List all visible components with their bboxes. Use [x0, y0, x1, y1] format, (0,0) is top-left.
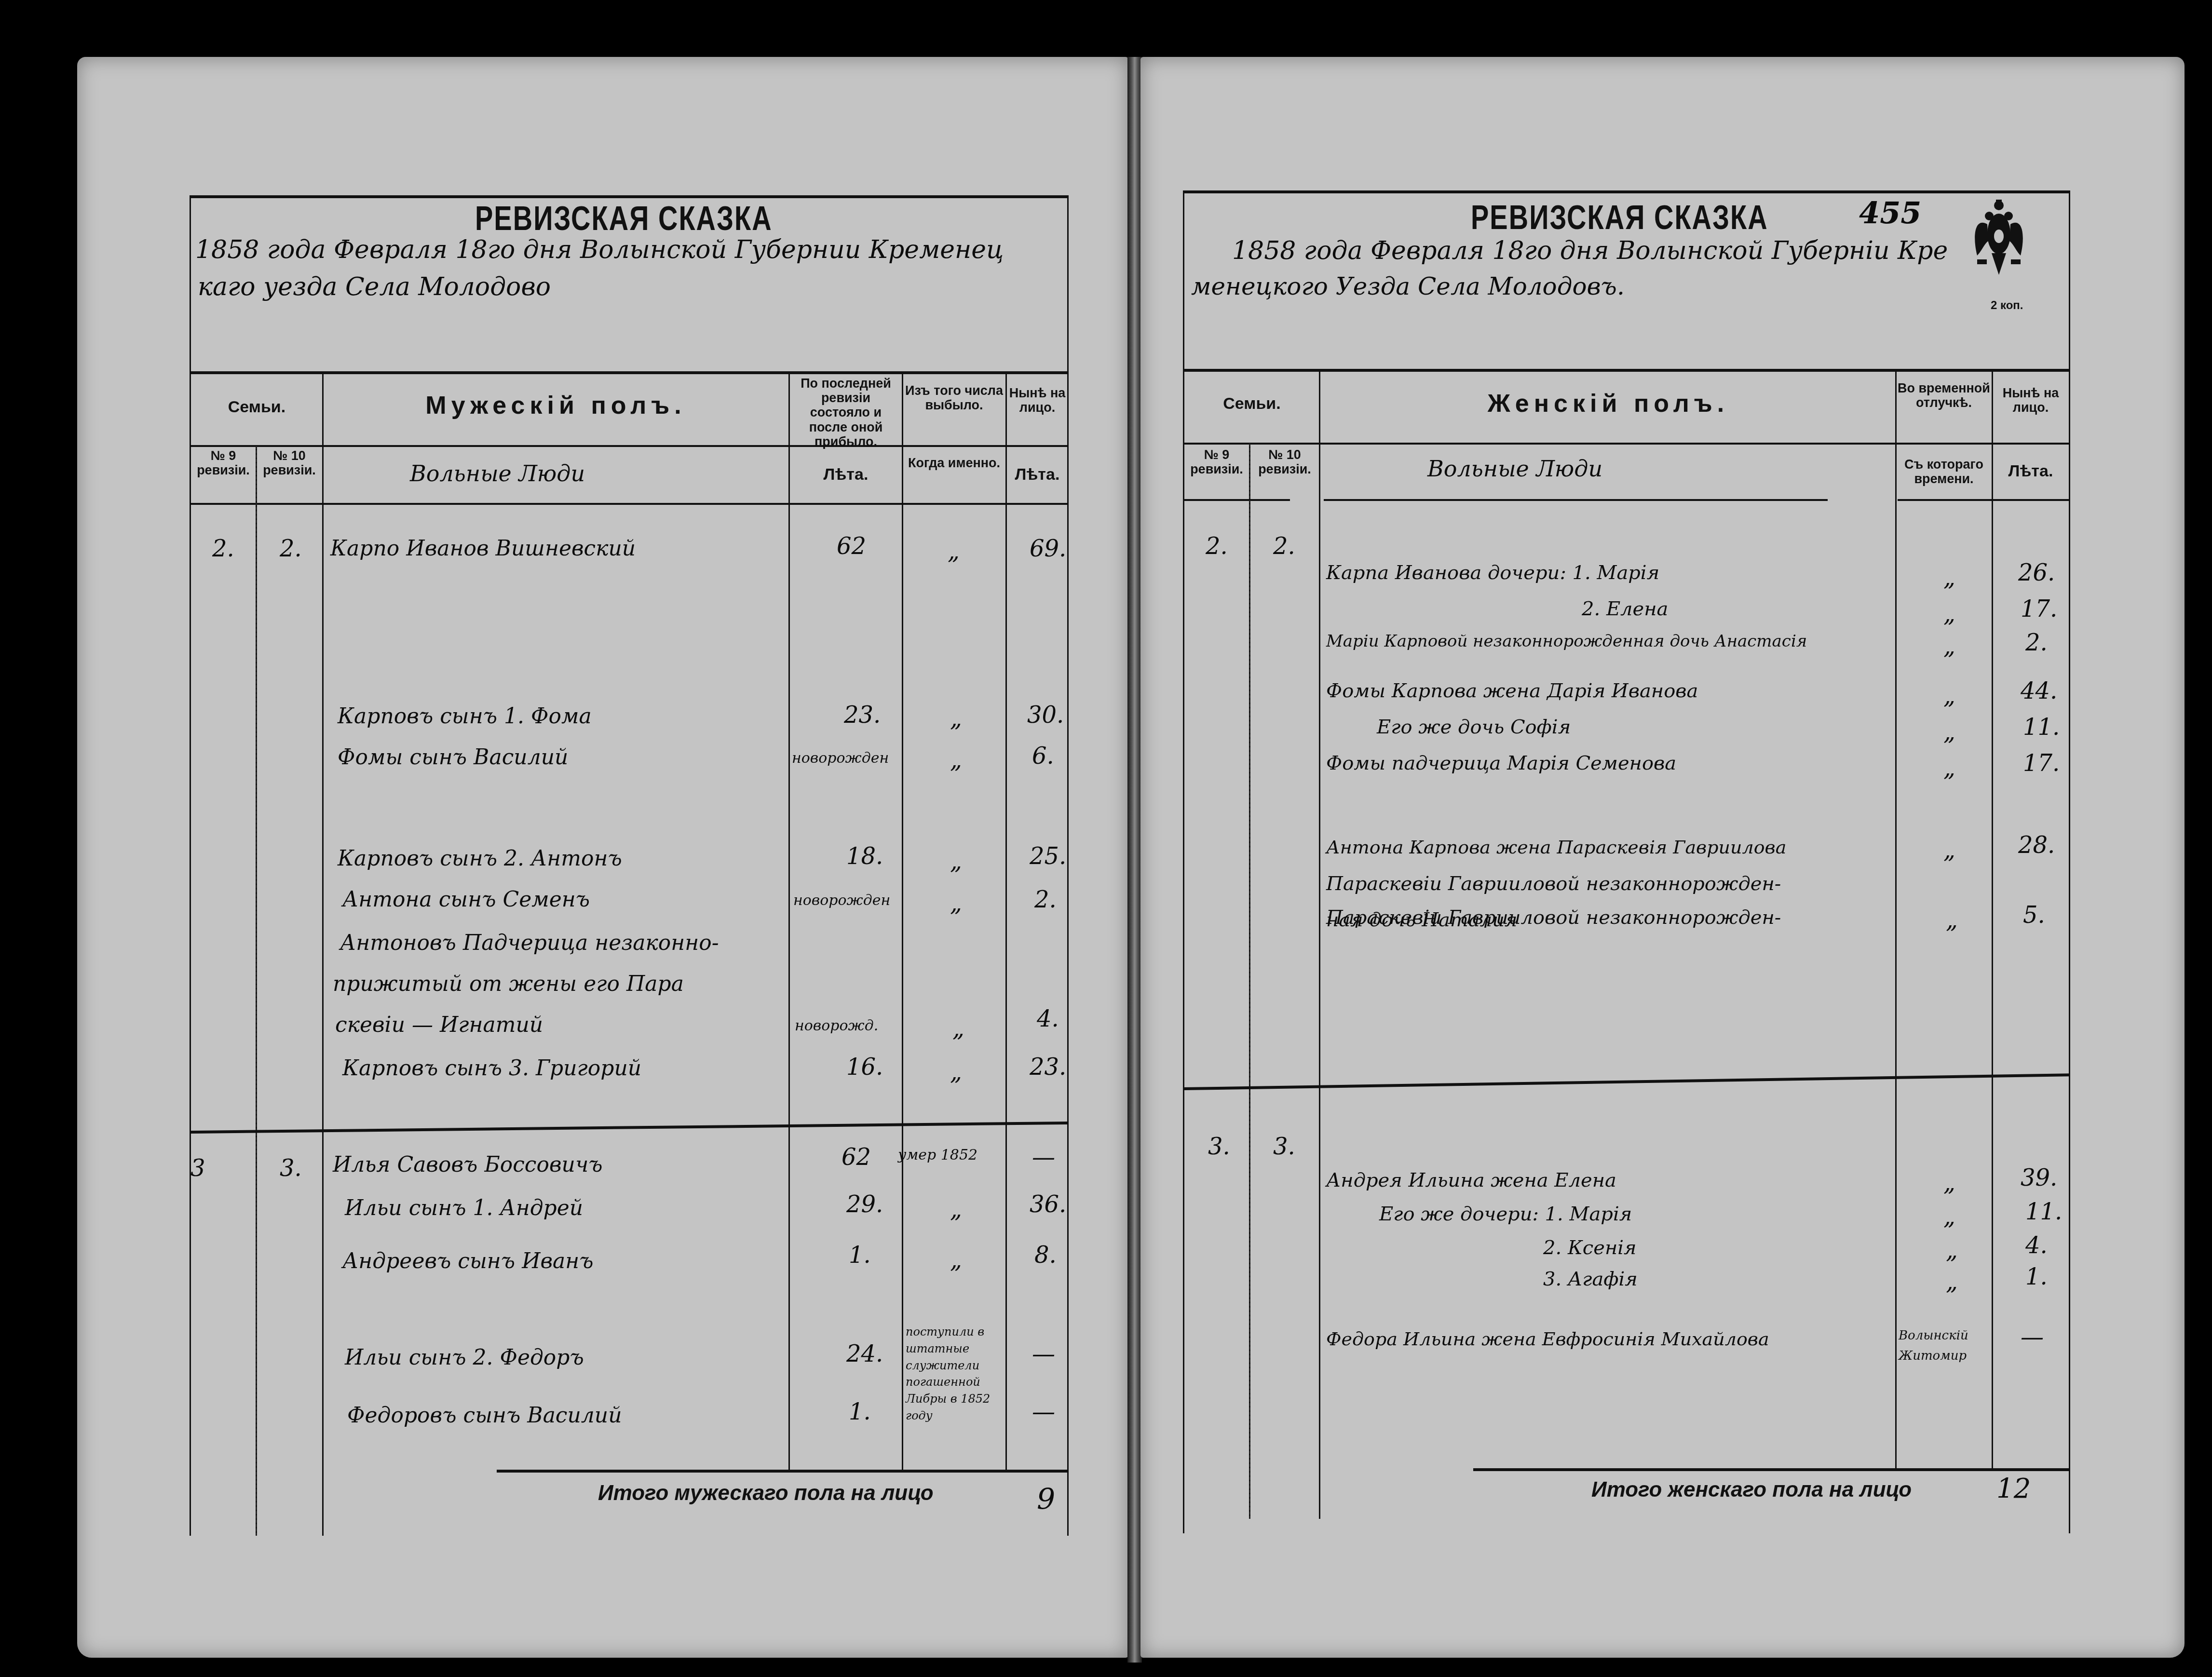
present-cell: 2.: [1034, 886, 1057, 913]
col-divider: [322, 371, 324, 1536]
col-rev10: № 10 ревизіи.: [258, 448, 321, 477]
name-cell: Маріи Карповой незаконнорожденная дочь А…: [1326, 632, 1807, 651]
col-divider: [1895, 369, 1897, 1468]
age-cell: новорожден: [793, 892, 890, 909]
departed-cell: поступили в штатные служители погашенной…: [906, 1324, 1002, 1424]
age-cell: 24.: [846, 1340, 883, 1367]
name-cell: Карпа Иванова дочери: 1. Марія: [1326, 562, 1659, 584]
age-cell: 18.: [846, 843, 883, 870]
top-rule: [190, 195, 1068, 198]
name-cell: Карповъ сынъ 1. Фома: [338, 704, 592, 729]
absence-cell: „: [1943, 1203, 1955, 1230]
rev9-cell: 2.: [1206, 533, 1228, 560]
absence-cell: „: [1943, 600, 1955, 627]
name-cell: 2. Елена: [1582, 598, 1668, 620]
rev9-cell: 3.: [1208, 1133, 1230, 1160]
name-cell: Федоровъ сынъ Василий: [347, 1403, 622, 1428]
age-cell: 62: [841, 1144, 871, 1171]
name-cell: Андреевъ сынъ Иванъ: [342, 1249, 594, 1273]
departed-cell: „: [948, 538, 960, 565]
present-cell: 30.: [1027, 702, 1064, 729]
age-cell: новорожден: [792, 750, 889, 767]
col-divider: [1992, 369, 1993, 1468]
absence-cell: „: [1943, 1169, 1955, 1196]
present-cell: —: [1032, 1398, 1055, 1425]
name-cell: Федора Ильина жена Евфросинія Михайлова: [1326, 1328, 1769, 1350]
age-cell: 23.: [844, 702, 881, 729]
present-cell: 44.: [2021, 677, 2057, 704]
departed-cell: „: [950, 848, 962, 875]
total-value: 12: [1996, 1473, 2031, 1504]
name-cell: прижитый от жены его Пара: [333, 972, 684, 996]
absence-cell: „: [1943, 682, 1955, 709]
totals-rule: [497, 1470, 1068, 1473]
total-value: 9: [1037, 1483, 1055, 1516]
present-cell: 4.: [1037, 1005, 1059, 1032]
imperial-eagle-icon: [1970, 198, 2028, 289]
name-cell: Параскевіи Гаврииловой незаконнорожден-: [1326, 873, 1781, 895]
stamp-value: 2 коп.: [1991, 299, 2023, 312]
col-divider: [1005, 371, 1007, 1471]
present-cell: 1.: [2025, 1263, 2048, 1290]
left-border: [1183, 190, 1184, 1533]
departed-cell: „: [950, 1196, 962, 1223]
col-rev9: № 9 ревизіи.: [1185, 447, 1248, 476]
totals-rule: [1473, 1468, 2069, 1471]
subheader-bottom-rule: [1184, 499, 1290, 501]
name-cell: Карпо Иванов Вишневский: [330, 536, 636, 561]
col-years: Лѣта.: [1994, 462, 2067, 480]
subheader-bottom-rule: [1324, 499, 1828, 501]
col-divider: [256, 446, 257, 1536]
name-cell: Карповъ сынъ 2. Антонъ: [338, 846, 622, 871]
document-title: РЕВИЗСКАЯ СКАЗКА: [475, 199, 773, 238]
age-cell: 1.: [849, 1398, 871, 1425]
col-years-present: Лѣта.: [1008, 465, 1067, 484]
right-border: [2069, 190, 2070, 1533]
col-years: Лѣта.: [791, 465, 901, 484]
col-divider: [902, 371, 903, 1471]
present-cell: 39.: [2021, 1164, 2057, 1191]
departed-cell: „: [950, 1246, 962, 1273]
col-temp-absence: Во временной отлучкѣ.: [1898, 381, 1990, 410]
departed-cell: „: [950, 1058, 962, 1085]
rev10-cell: 2.: [280, 535, 302, 562]
right-border: [1067, 195, 1069, 1536]
header-line-1: 1858 года Февраля 18го дня Волынской Губ…: [195, 235, 1004, 264]
header-line-1: 1858 года Февраля 18го дня Волынской Губ…: [1232, 236, 1948, 265]
col-departed: Изъ того числа выбыло.: [905, 383, 1004, 412]
present-cell: 23.: [1030, 1054, 1066, 1081]
name-cell: Антона Карпова жена Параскевія Гавриилов…: [1326, 837, 1786, 858]
absence-cell: „: [1943, 755, 1955, 782]
age-cell: 1.: [849, 1242, 871, 1269]
rev9-cell: 3: [190, 1155, 205, 1182]
absence-cell: Волынскій Житомир: [1899, 1326, 1990, 1366]
absence-cell: „: [1946, 1237, 1958, 1264]
name-cell: Его же дочери: 1. Марія: [1379, 1203, 1632, 1225]
rev10-cell: 3.: [1273, 1133, 1295, 1160]
present-cell: 17.: [2023, 750, 2060, 777]
age-cell: новорожд.: [795, 1017, 878, 1034]
subheader-bottom-rule: [1898, 499, 2069, 501]
departed-cell: „: [950, 705, 962, 732]
name-cell: Карповъ сынъ 3. Григорий: [342, 1056, 641, 1081]
col-divider: [788, 371, 790, 1471]
present-cell: —: [2021, 1324, 2044, 1351]
header-line-2: менецкого Уезда Села Молодовъ.: [1191, 272, 1625, 300]
col-when: Когда именно.: [905, 456, 1004, 470]
category-label: Вольные Люди: [410, 460, 585, 487]
col-female-sex: Женскій полъ.: [1324, 390, 1893, 418]
category-label: Вольные Люди: [1427, 456, 1602, 482]
age-cell: 29.: [846, 1191, 883, 1218]
header-rule: [1184, 369, 2070, 372]
header-line-2: каго уезда Села Молодово: [198, 272, 551, 301]
present-cell: 6.: [1032, 743, 1054, 770]
col-divider: [1319, 369, 1320, 1519]
col-last-revision: По последней ревизіи состояло и после он…: [791, 376, 901, 449]
rev9-cell: 2.: [212, 535, 234, 562]
departed-cell: умер 1852: [898, 1147, 977, 1163]
absence-cell: „: [1943, 718, 1955, 745]
present-cell: 69.: [1030, 535, 1066, 562]
col-families: Семьи.: [1186, 394, 1317, 413]
col-rev10: № 10 ревизіи.: [1251, 447, 1318, 476]
present-cell: —: [1032, 1340, 1055, 1367]
present-cell: 8.: [1034, 1242, 1057, 1269]
name-cell: Антоновъ Падчерица незаконно-: [340, 931, 719, 955]
name-cell: Фомы Карпова жена Дарія Иванова: [1326, 680, 1698, 702]
name-cell: Илья Савовъ Боссовичъ: [333, 1152, 603, 1177]
age-cell: 62: [837, 533, 866, 560]
departed-cell: „: [950, 890, 962, 917]
absence-cell: „: [1946, 1268, 1958, 1295]
document-title: РЕВИЗСКАЯ СКАЗКА: [1471, 198, 1768, 237]
absence-cell: „: [1943, 633, 1955, 660]
col-rev9: № 9 ревизіи.: [192, 448, 255, 477]
present-cell: 26.: [2018, 559, 2055, 586]
rev10-cell: 3.: [280, 1155, 302, 1182]
present-cell: 25.: [1030, 843, 1066, 870]
col-since: Съ котораго времени.: [1898, 457, 1990, 486]
present-cell: 5.: [2023, 902, 2045, 929]
name-cell: 2. Ксенія: [1543, 1237, 1637, 1259]
page-number: 455: [1859, 195, 1921, 230]
name-cell: Ильи сынъ 1. Андрей: [345, 1196, 583, 1220]
name-cell: Антона сынъ Семенъ: [342, 887, 590, 912]
name-cell: Андрея Ильина жена Елена: [1326, 1169, 1616, 1191]
name-cell: Ильи сынъ 2. Федоръ: [345, 1345, 584, 1370]
rev10-cell: 2.: [1273, 533, 1295, 560]
departed-cell: „: [950, 746, 962, 773]
col-families: Семьи.: [193, 398, 321, 416]
present-cell: 4.: [2025, 1232, 2048, 1259]
col-present: Нынѣ на лицо.: [1008, 386, 1067, 415]
top-rule: [1184, 190, 2070, 193]
absence-cell: „: [1946, 906, 1958, 933]
total-label: Итого женскаго пола на лицо: [1591, 1478, 1912, 1502]
present-cell: 17.: [2021, 595, 2057, 622]
col-divider: [1249, 444, 1250, 1519]
departed-cell: „: [952, 1015, 964, 1042]
name-cell: 3. Агафія: [1543, 1268, 1638, 1290]
col-present: Нынѣ на лицо.: [1994, 386, 2067, 415]
present-cell: 11.: [2025, 1198, 2062, 1225]
subheader-rule: [1184, 443, 2070, 445]
total-label: Итого мужескаго пола на лицо: [598, 1481, 934, 1505]
present-cell: 11.: [2023, 714, 2060, 741]
book-gutter: [1127, 57, 1142, 1663]
absence-cell: „: [1943, 564, 1955, 591]
absence-cell: „: [1943, 837, 1955, 864]
name-cell: скевіи — Игнатий: [335, 1013, 543, 1037]
left-border: [190, 195, 191, 1536]
name-cell: Фомы сынъ Василий: [338, 745, 568, 770]
present-cell: 2.: [2025, 629, 2048, 656]
present-cell: —: [1032, 1144, 1055, 1171]
age-cell: 16.: [846, 1054, 883, 1081]
present-cell: 28.: [2018, 832, 2055, 859]
name-cell: ная дочь Наталия: [1326, 909, 1517, 931]
name-cell: Его же дочь Софія: [1377, 716, 1571, 738]
col-male-sex: Мужескій полъ.: [326, 392, 786, 419]
name-cell: Фомы падчерица Марія Семенова: [1326, 752, 1676, 774]
present-cell: 36.: [1030, 1191, 1066, 1218]
